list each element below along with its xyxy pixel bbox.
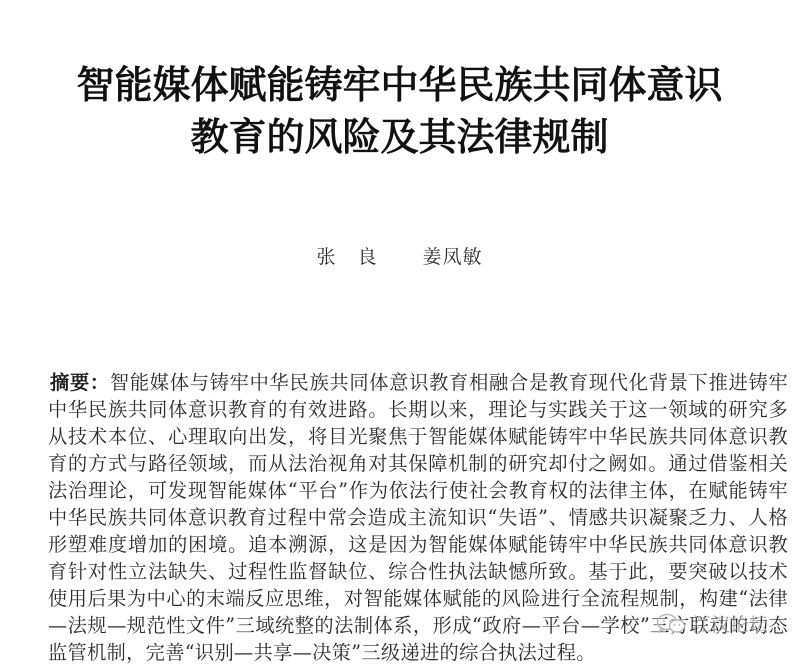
- watermark-text: 江汉论坛: [692, 610, 768, 637]
- watermark: 江汉论坛: [656, 610, 768, 637]
- author-name: 张良: [316, 242, 398, 269]
- paper-title-line-1: 智能媒体赋能铸牢中华民族共同体意识: [0, 60, 799, 110]
- paper-title-line-2: 教育的风险及其法律规制: [0, 112, 799, 162]
- author-name: 姜凤敏: [423, 242, 483, 269]
- authors: 张良 姜凤敏: [0, 242, 799, 269]
- abstract-label: 摘要：: [48, 371, 110, 394]
- wechat-icon: [656, 613, 686, 635]
